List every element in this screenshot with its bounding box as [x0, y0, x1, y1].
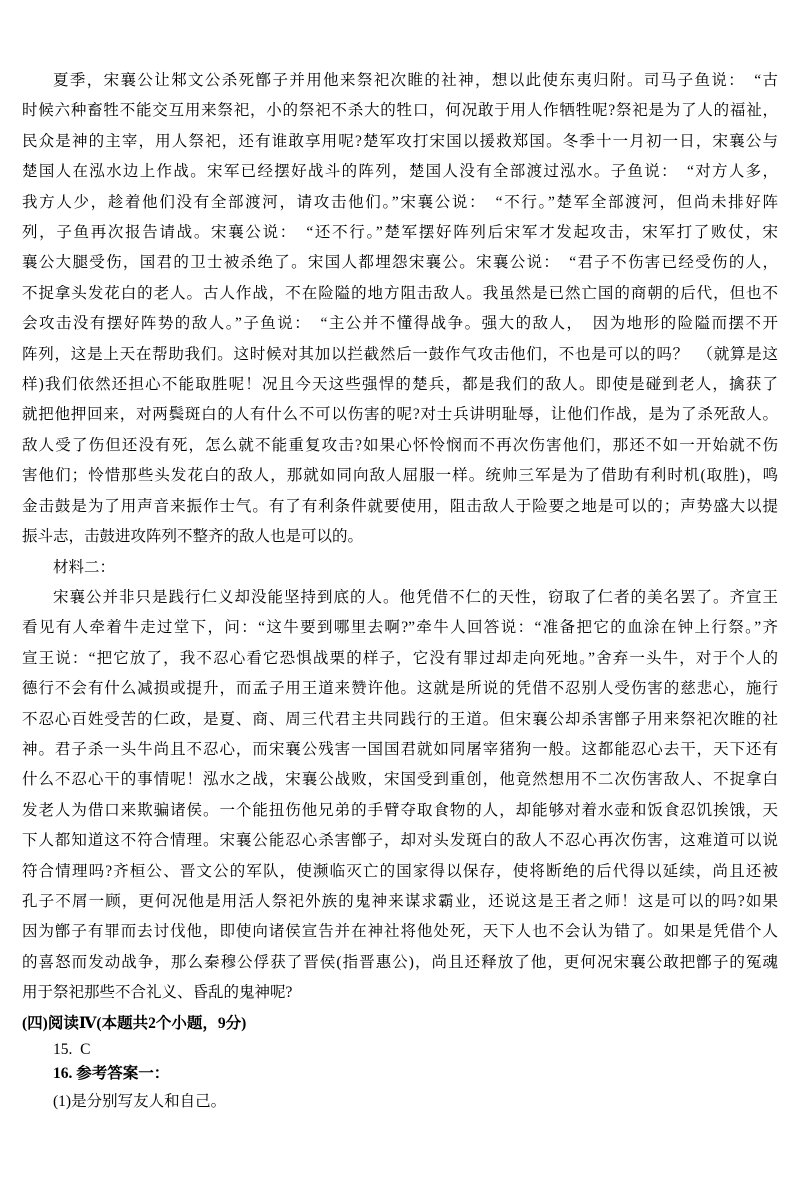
section-4-heading-line: (四)阅读Ⅳ(本题共2个小题，9分) — [22, 1009, 778, 1039]
material-one-translation-line: 列，子鱼再次报告请战。宋襄公说： “还不行。”楚军摆好阵列后宋军才发起攻击，宋军… — [22, 218, 778, 248]
material-two-translation-line: 因为鄫子有罪而去讨伐他，即使向诸侯宣告并在神社将他处死，天下人也不会认为错了。如… — [22, 917, 778, 947]
material-one-translation-line: 夏季，宋襄公让邾文公杀死鄫子并用他来祭祀次睢的社神，想以此使东夷归附。司马子鱼说… — [22, 66, 778, 96]
material-one-translation-line: 敌人受了伤但还没有死，怎么就不能重复攻击?如果心怀怜悯而不再次伤害他们，那还不如… — [22, 431, 778, 461]
material-one-translation-line: 样)我们依然还担心不能取胜呢！况且今天这些强悍的楚兵，都是我们的敌人。即使是碰到… — [22, 370, 778, 400]
material-one-translation-line: 就把他押回来，对两鬓斑白的人有什么不可以伤害的呢?对士兵讲明耻辱，让他们作战，是… — [22, 400, 778, 430]
answer-16-point-1-line: (1)是分别写友人和自己。 — [22, 1087, 778, 1117]
material-two-translation-line: 宣王说：“把它放了，我不忍心看它恐惧战栗的样子，它没有罪过却走向死地。”舍弃一头… — [22, 644, 778, 674]
material-two-translation-line: 符合情理吗?齐桓公、晋文公的军队，使濒临灭亡的国家得以保存，使将断绝的后代得以延… — [22, 857, 778, 887]
material-one-translation-line: 阵列，这是上天在帮助我们。这时候对其加以拦截然后一鼓作气攻击他们，不也是可以的吗… — [22, 340, 778, 370]
material-one-translation-line: 我方人少，趁着他们没有全部渡河，请攻击他们。”宋襄公说： “不行。”楚军全部渡河… — [22, 188, 778, 218]
material-two-translation-line: 下人都知道这不符合情理。宋襄公能忍心杀害鄫子，却对头发斑白的敌人不忍心再次伤害，… — [22, 826, 778, 856]
material-one-translation-line: 会攻击没有摆好阵势的敌人。”子鱼说： “主公并不懂得战争。强大的敌人， 因为地形… — [22, 309, 778, 339]
answer-15-line: 15. C — [22, 1039, 778, 1061]
material-one-translation-line: 害他们；怜惜那些头发花白的敌人，那就如同向敌人屈服一样。统帅三军是为了借助有利时… — [22, 461, 778, 491]
material-two-translation-line: 用于祭祀那些不合礼义、昏乱的鬼神呢? — [22, 978, 778, 1008]
material-one-translation-line: 襄公大腿受伤，国君的卫士被杀绝了。宋国人都埋怨宋襄公。宋襄公说： “君子不伤害已… — [22, 248, 778, 278]
material-one-translation-line: 楚国人在泓水边上作战。宋军已经摆好战斗的阵列，楚国人没有全部渡过泓水。子鱼说： … — [22, 157, 778, 187]
material-two-translation-line: 的喜怒而发动战争，那么秦穆公俘获了晋侯(指晋惠公)，尚且还释放了他，更何况宋襄公… — [22, 948, 778, 978]
material-two-translation-line: 宋襄公并非只是践行仁义却没能坚持到底的人。他凭借不仁的天性，窃取了仁者的美名罢了… — [22, 583, 778, 613]
material-two-translation-line: 德行不会有什么减损或提升，而孟子用王道来赞许他。这就是所说的凭借不忍别人受伤害的… — [22, 674, 778, 704]
material-one-translation-line: 金击鼓是为了用声音来振作士气。有了有利条件就要使用，阻击敌人于险要之地是可以的；… — [22, 492, 778, 522]
material-two-translation-line: 神。君子杀一头牛尚且不忍心，而宋襄公残害一国国君就如同屠宰猪狗一般。这都能忍心去… — [22, 735, 778, 765]
answer-16-heading-line: 16. 参考答案一： — [22, 1061, 778, 1087]
material-two-translation-line: 孔子不屑一顾，更何况他是用活人祭祀外族的鬼神来谋求霸业，还说这是王者之师！这是可… — [22, 887, 778, 917]
material-two-translation-line: 发老人为借口来欺骗诸侯。一个能扭伤他兄弟的手臂夺取食物的人，却能够对着水壶和饭食… — [22, 796, 778, 826]
document-body: 夏季，宋襄公让邾文公杀死鄫子并用他来祭祀次睢的社神，想以此使东夷归附。司马子鱼说… — [22, 66, 778, 1117]
material-one-translation-line: 振斗志，击鼓进攻阵列不整齐的敌人也是可以的。 — [22, 522, 778, 552]
material-one-translation-line: 民众是神的主宰，用人祭祀，还有谁敢享用呢?楚军攻打宋国以援救郑国。冬季十一月初一… — [22, 127, 778, 157]
material-two-translation-line: 看见有人牵着牛走过堂下，问：“这牛要到哪里去啊?”牵牛人回答说：“准备把它的血涂… — [22, 613, 778, 643]
material-two-label-line: 材料二： — [22, 553, 778, 583]
material-two-translation-line: 不忍心百姓受苦的仁政，是夏、商、周三代君主共同践行的王道。但宋襄公却杀害鄫子用来… — [22, 705, 778, 735]
document-page: 夏季，宋襄公让邾文公杀死鄫子并用他来祭祀次睢的社神，想以此使东夷归附。司马子鱼说… — [0, 0, 800, 1179]
material-one-translation-line: 不捉拿头发花白的老人。古人作战，不在险隘的地方阻击敌人。我虽然是已然亡国的商朝的… — [22, 279, 778, 309]
material-one-translation-line: 时候六种畜牲不能交互用来祭祀，小的祭祀不杀大的牲口，何况敢于用人作牺牲呢?祭祀是… — [22, 96, 778, 126]
material-two-translation-line: 什么不忍心干的事情呢！泓水之战，宋襄公战败，宋国受到重创，他竟然想用不二次伤害敌… — [22, 765, 778, 795]
